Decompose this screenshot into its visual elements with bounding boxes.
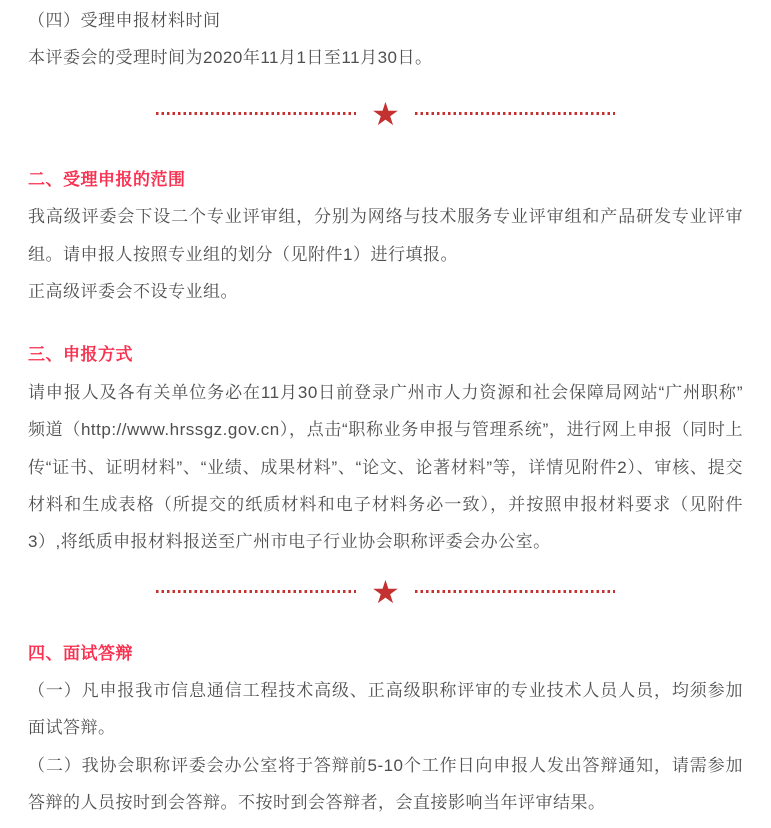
dotted-line-right bbox=[415, 112, 615, 115]
dotted-line-right bbox=[415, 590, 615, 593]
dotted-line-left bbox=[156, 112, 356, 115]
paragraph-interview-1: （一）凡申报我市信息通信工程技术高级、正高级职称评审的专业技术人员人员，均须参加… bbox=[28, 672, 743, 747]
section-heading-scope: 二、受理申报的范围 bbox=[28, 161, 743, 198]
star-divider: ★ bbox=[28, 97, 743, 131]
paragraph-interview-2: （二）我协会职称评委会办公室将于答辩前5-10个工作日向申报人发出答辩通知，请需… bbox=[28, 747, 743, 822]
star-icon: ★ bbox=[371, 98, 400, 130]
paragraph-scope-2: 正高级评委会不设专业组。 bbox=[28, 273, 743, 310]
section-heading-application-method: 三、申报方式 bbox=[28, 336, 743, 373]
star-icon: ★ bbox=[371, 576, 400, 608]
dotted-line-left bbox=[156, 590, 356, 593]
article-body: （四）受理申报材料时间 本评委会的受理时间为2020年11月1日至11月30日。… bbox=[0, 0, 771, 828]
paragraph-scope-1: 我高级评委会下设二个专业评审组，分别为网络与技术服务专业评审组和产品研发专业评审… bbox=[28, 198, 743, 273]
paragraph-application-method: 请申报人及各有关单位务必在11月30日前登录广州市人力资源和社会保障局网站“广州… bbox=[28, 374, 743, 561]
subsection-heading-acceptance-time: （四）受理申报材料时间 bbox=[28, 2, 743, 39]
paragraph-acceptance-time: 本评委会的受理时间为2020年11月1日至11月30日。 bbox=[28, 39, 743, 76]
star-divider: ★ bbox=[28, 575, 743, 609]
section-heading-interview-defense: 四、面试答辩 bbox=[28, 635, 743, 672]
